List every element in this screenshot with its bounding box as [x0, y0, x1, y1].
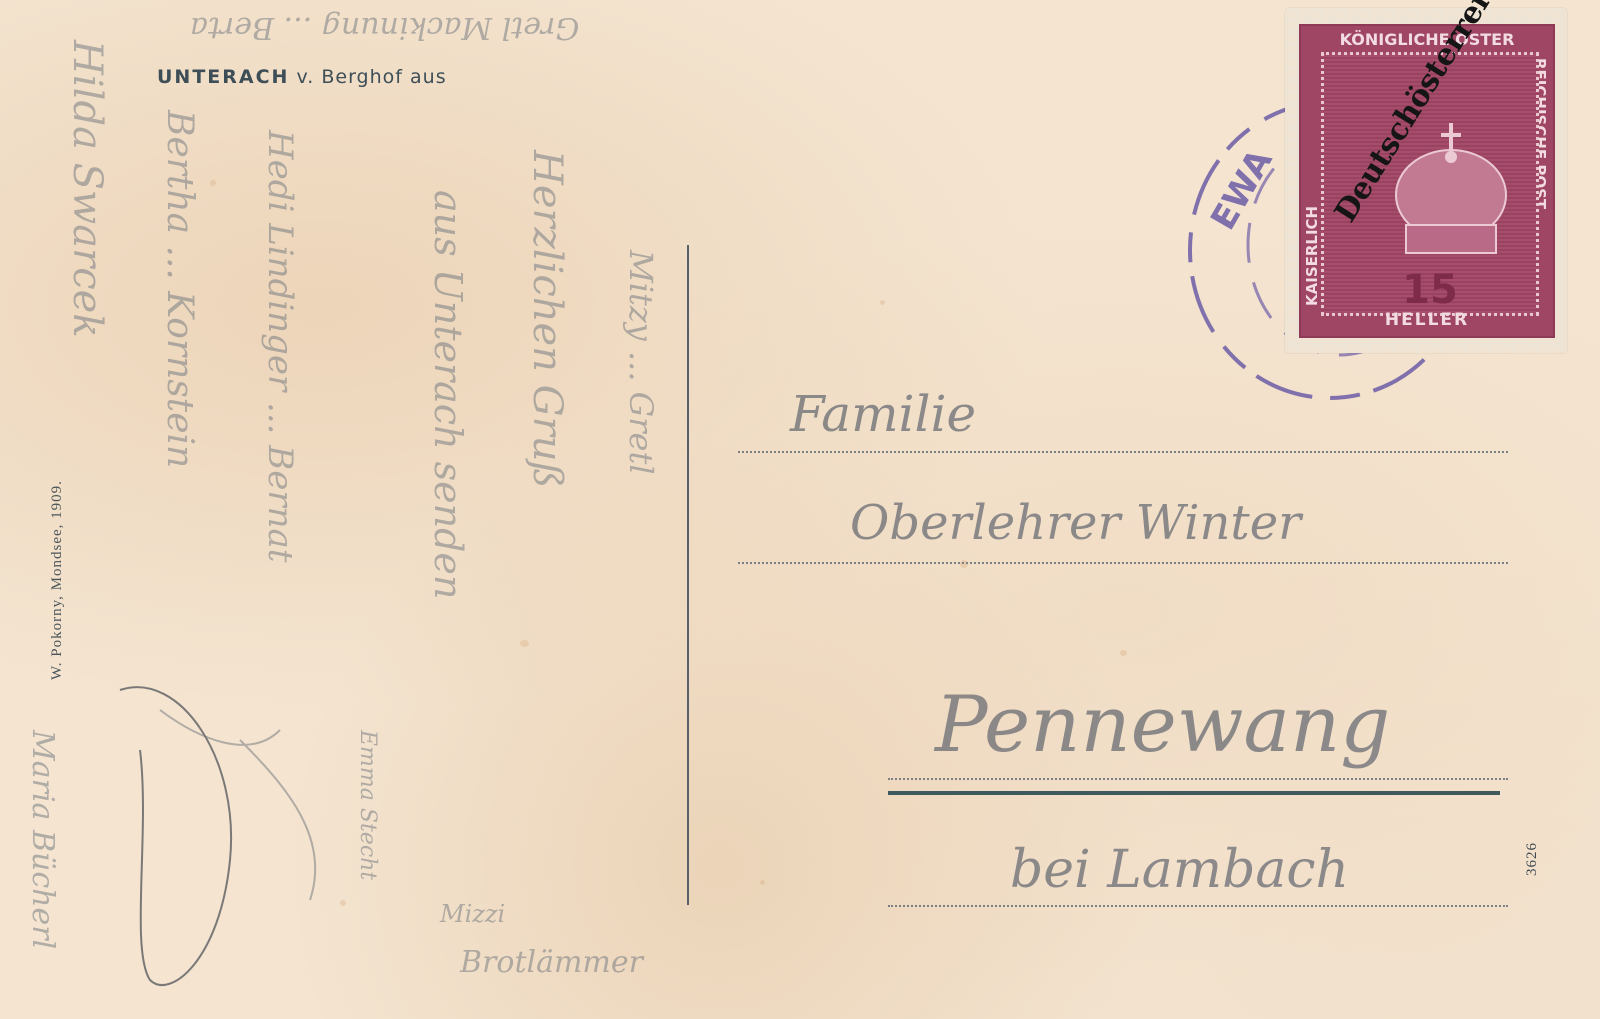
address-recipient: Familie: [790, 385, 976, 443]
paper-stain: [520, 640, 529, 647]
publisher-imprint: W. Pokorny, Mondsee, 1909.: [49, 480, 66, 680]
address-title-name: Oberlehrer Winter: [850, 495, 1301, 551]
message-column-5: aus Unterach senden: [426, 190, 470, 599]
stamp-bottom-text: HELLER: [1301, 310, 1553, 330]
title-subtitle: v. Berghof aus: [297, 66, 447, 88]
signature-mizzi: Mizzi: [440, 900, 505, 928]
message-column-1: Hilda Swarcek: [64, 40, 110, 338]
title-place: UNTERACH: [157, 66, 289, 88]
address-line-3: [888, 778, 1508, 780]
address-town: Pennewang: [935, 680, 1390, 770]
message-column-6: Mitzy ... Gretl: [622, 250, 660, 475]
paper-stain: [880, 300, 885, 305]
stamp-left-text: KAISERLICH: [1303, 206, 1321, 306]
card-title: UNTERACH v. Berghof aus: [157, 66, 447, 88]
paper-stain: [1120, 650, 1127, 656]
message-column-3: Hedi Lindinger ... Bernat: [260, 130, 300, 562]
stamp-value: 15: [1324, 267, 1536, 313]
address-region: bei Lambach: [1010, 840, 1349, 900]
address-rule: [888, 791, 1500, 795]
address-line-2: [738, 562, 1508, 564]
message-top-upside-down: Gretl Mackinung ... Berta: [190, 10, 579, 45]
address-line-1: [738, 451, 1508, 453]
signature-flourish: [80, 600, 380, 1010]
stamp-top-text: KÖNIGLICHE OSTER: [1301, 30, 1553, 49]
message-column-2: Bertha ... Kornstein: [159, 110, 200, 468]
svg-text:EWA: EWA: [1203, 142, 1281, 237]
serial-number: 3626: [1524, 842, 1541, 876]
center-divider: [687, 245, 689, 905]
address-line-4: [888, 905, 1508, 907]
paper-stain: [760, 880, 765, 885]
signature-maria: Maria Bücherl: [25, 730, 60, 949]
message-column-4: Herzlichen Gruß: [524, 150, 570, 488]
paper-stain: [210, 180, 216, 186]
postcard: UNTERACH v. Berghof aus W. Pokorny, Mond…: [0, 0, 1600, 1019]
signature-brotlammer: Brotlämmer: [460, 945, 643, 980]
